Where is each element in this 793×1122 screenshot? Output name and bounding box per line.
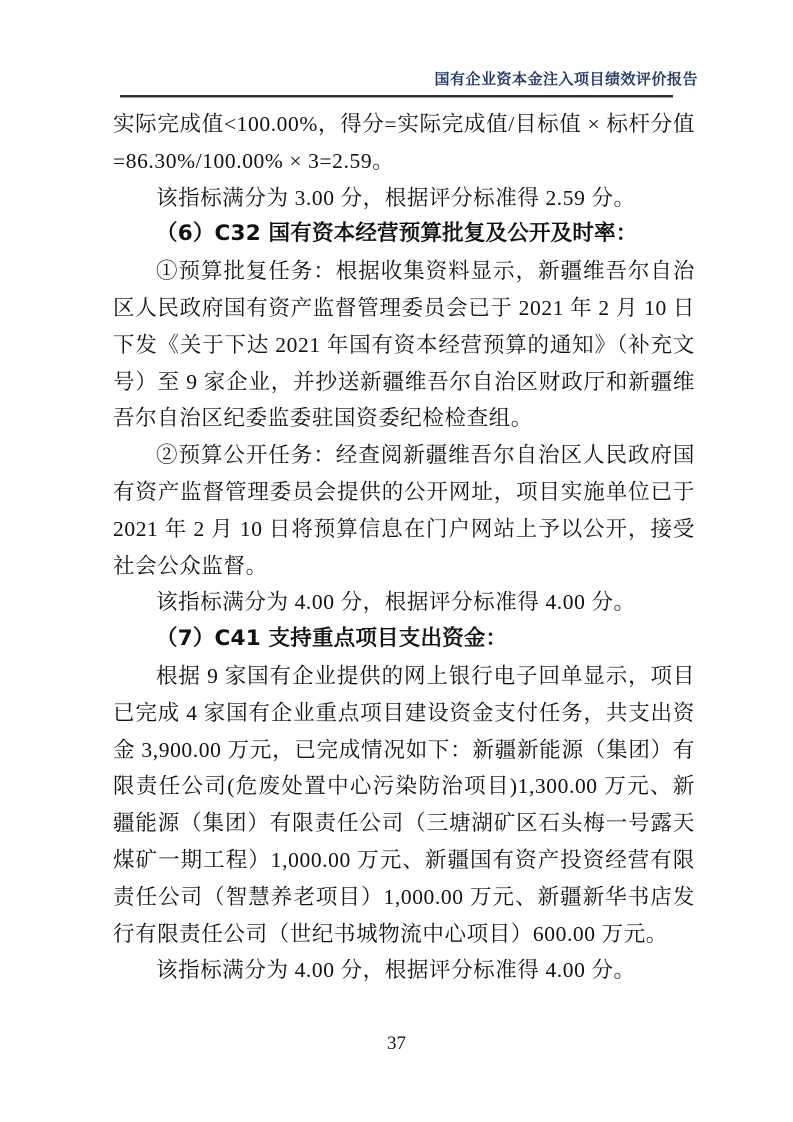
document-page: 国有企业资本金注入项目绩效评价报告 实际完成值<100.00%，得分=实际完成值… (0, 0, 793, 1122)
page-header-title: 国有企业资本金注入项目绩效评价报告 (434, 69, 698, 89)
document-body: 实际完成值<100.00%，得分=实际完成值/目标值 × 标杆分值=86.30%… (113, 106, 695, 989)
paragraph: （6）C32 国有资本经营预算批复及公开及时率： (113, 216, 695, 253)
paragraph: ①预算批复任务：根据收集资料显示，新疆维吾尔自治区人民政府国有资产监督管理委员会… (113, 253, 695, 437)
paragraph: （7）C41 支持重点项目支出资金： (113, 621, 695, 658)
paragraph: ②预算公开任务：经查阅新疆维吾尔自治区人民政府国有资产监督管理委员会提供的公开网… (113, 437, 695, 584)
paragraph: 根据 9 家国有企业提供的网上银行电子回单显示，项目已完成 4 家国有企业重点项… (113, 658, 695, 952)
page-number: 37 (0, 1032, 793, 1056)
page-header-rule (120, 95, 673, 98)
paragraph: 实际完成值<100.00%，得分=实际完成值/目标值 × 标杆分值=86.30%… (113, 106, 695, 180)
paragraph: 该指标满分为 3.00 分，根据评分标准得 2.59 分。 (113, 180, 695, 217)
paragraph: 该指标满分为 4.00 分，根据评分标准得 4.00 分。 (113, 584, 695, 621)
paragraph: 该指标满分为 4.00 分，根据评分标准得 4.00 分。 (113, 952, 695, 989)
